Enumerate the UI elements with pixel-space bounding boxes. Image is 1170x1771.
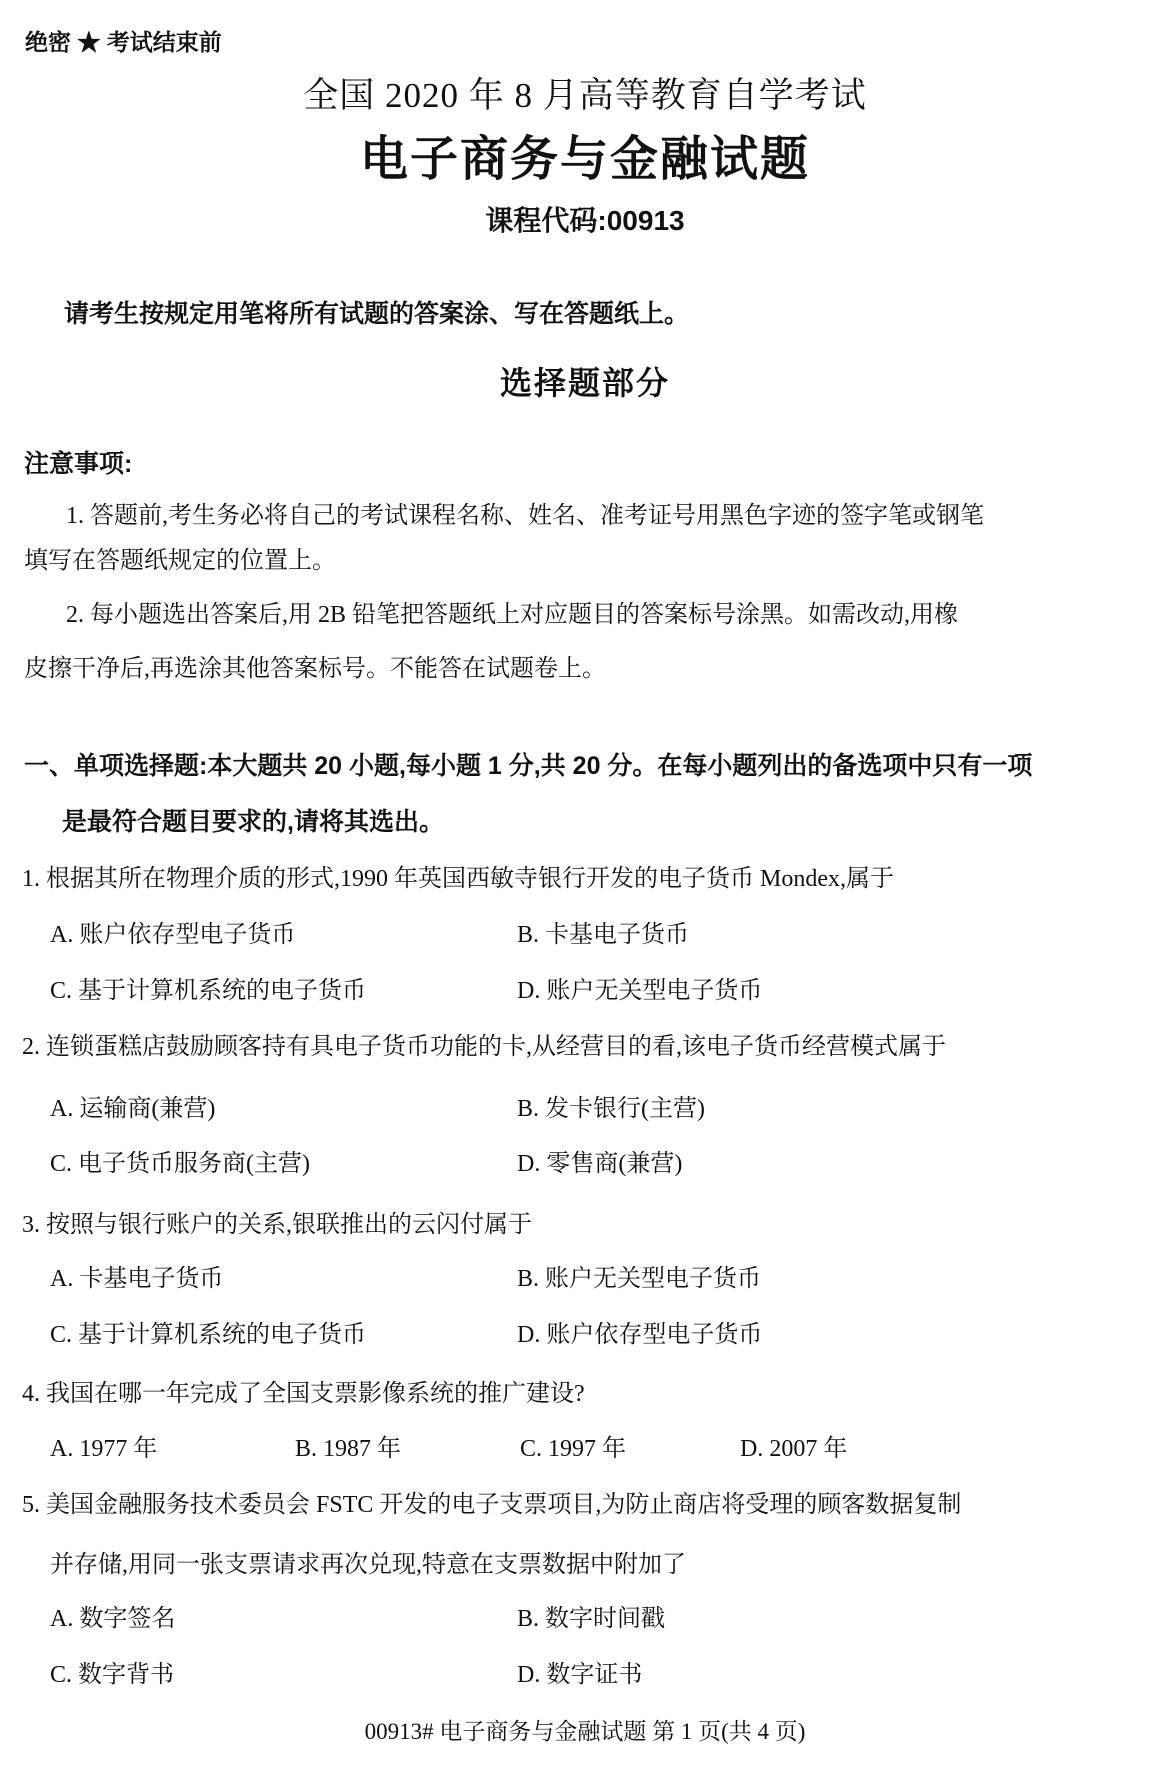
question-2-stem: 2. 连锁蛋糕店鼓励顾客持有具电子货币功能的卡,从经营目的看,该电子货币经营模式… [22, 1026, 946, 1061]
question-3-option-d: D. 账户依存型电子货币 [517, 1322, 762, 1348]
question-4-option-d: D. 2007 年 [740, 1436, 847, 1462]
section-title-multiple-choice: 选择题部分 [0, 358, 1170, 404]
question-4-option-a: A. 1977 年 [50, 1428, 295, 1463]
paper-title: 电子商务与金融试题 [0, 120, 1170, 189]
question-2-option-d: D. 零售商(兼营) [517, 1151, 682, 1177]
secrecy-banner: 绝密 ★ 考试结束前 [25, 24, 222, 57]
question-1-option-d: D. 账户无关型电子货币 [517, 978, 762, 1004]
question-2-option-a: A. 运输商(兼营) [50, 1088, 517, 1123]
question-2-option-c: C. 电子货币服务商(主营) [50, 1143, 517, 1178]
question-1-option-a: A. 账户依存型电子货币 [50, 914, 517, 949]
question-1-options-row-2: C. 基于计算机系统的电子货币D. 账户无关型电子货币 [50, 970, 762, 1005]
question-3-options-row-2: C. 基于计算机系统的电子货币D. 账户依存型电子货币 [50, 1314, 762, 1349]
question-3-option-a: A. 卡基电子货币 [50, 1258, 517, 1293]
question-5-stem-line-2: 并存储,用同一张支票请求再次兑现,特意在支票数据中附加了 [50, 1544, 686, 1579]
question-5-option-a: A. 数字签名 [50, 1598, 517, 1633]
course-code: 课程代码:00913 [0, 199, 1170, 239]
question-5-options-row-1: A. 数字签名B. 数字时间戳 [50, 1598, 665, 1633]
page-footer: 00913# 电子商务与金融试题 第 1 页(共 4 页) [0, 1713, 1170, 1746]
question-4-stem: 4. 我国在哪一年完成了全国支票影像系统的推广建设? [22, 1373, 585, 1408]
question-2-option-b: B. 发卡银行(主营) [517, 1096, 705, 1122]
question-1-option-c: C. 基于计算机系统的电子货币 [50, 970, 517, 1005]
question-1-stem: 1. 根据其所在物理介质的形式,1990 年英国西敏寺银行开发的电子货币 Mon… [22, 858, 894, 893]
question-3-option-b: B. 账户无关型电子货币 [517, 1266, 761, 1292]
answer-sheet-notice: 请考生按规定用笔将所有试题的答案涂、写在答题纸上。 [64, 294, 689, 330]
question-3-option-c: C. 基于计算机系统的电子货币 [50, 1314, 517, 1349]
part1-heading-line-1: 一、单项选择题:本大题共 20 小题,每小题 1 分,共 20 分。在每小题列出… [24, 746, 1032, 782]
question-2-options-row-1: A. 运输商(兼营)B. 发卡银行(主营) [50, 1088, 705, 1123]
question-5-stem-line-1: 5. 美国金融服务技术委员会 FSTC 开发的电子支票项目,为防止商店将受理的顾… [22, 1484, 961, 1519]
part1-heading-line-2: 是最符合题目要求的,请将其选出。 [62, 802, 444, 838]
question-4-option-b: B. 1987 年 [295, 1428, 520, 1463]
note-item-2-line-1: 2. 每小题选出答案后,用 2B 铅笔把答题纸上对应题目的答案标号涂黑。如需改动… [66, 594, 958, 629]
question-4-options-row: A. 1977 年B. 1987 年C. 1997 年D. 2007 年 [50, 1428, 847, 1463]
question-5-option-c: C. 数字背书 [50, 1654, 517, 1689]
question-5-options-row-2: C. 数字背书D. 数字证书 [50, 1654, 642, 1689]
question-5-option-b: B. 数字时间戳 [517, 1606, 665, 1632]
question-3-stem: 3. 按照与银行账户的关系,银联推出的云闪付属于 [22, 1204, 532, 1239]
note-item-2-line-2: 皮擦干净后,再选涂其他答案标号。不能答在试题卷上。 [24, 648, 606, 683]
question-1-options-row-1: A. 账户依存型电子货币B. 卡基电子货币 [50, 914, 689, 949]
exam-session-title: 全国 2020 年 8 月高等教育自学考试 [0, 68, 1170, 118]
notes-title: 注意事项: [24, 444, 132, 480]
note-item-1-line-2: 填写在答题纸规定的位置上。 [24, 540, 336, 575]
note-item-1-line-1: 1. 答题前,考生务必将自己的考试课程名称、姓名、准考证号用黑色字迹的签字笔或钢… [66, 495, 984, 530]
exam-paper-page-1: 绝密 ★ 考试结束前 全国 2020 年 8 月高等教育自学考试 电子商务与金融… [0, 0, 1170, 1771]
question-4-option-c: C. 1997 年 [520, 1428, 740, 1463]
question-3-options-row-1: A. 卡基电子货币B. 账户无关型电子货币 [50, 1258, 761, 1293]
question-5-option-d: D. 数字证书 [517, 1662, 642, 1688]
question-1-option-b: B. 卡基电子货币 [517, 922, 689, 948]
question-2-options-row-2: C. 电子货币服务商(主营)D. 零售商(兼营) [50, 1143, 682, 1178]
